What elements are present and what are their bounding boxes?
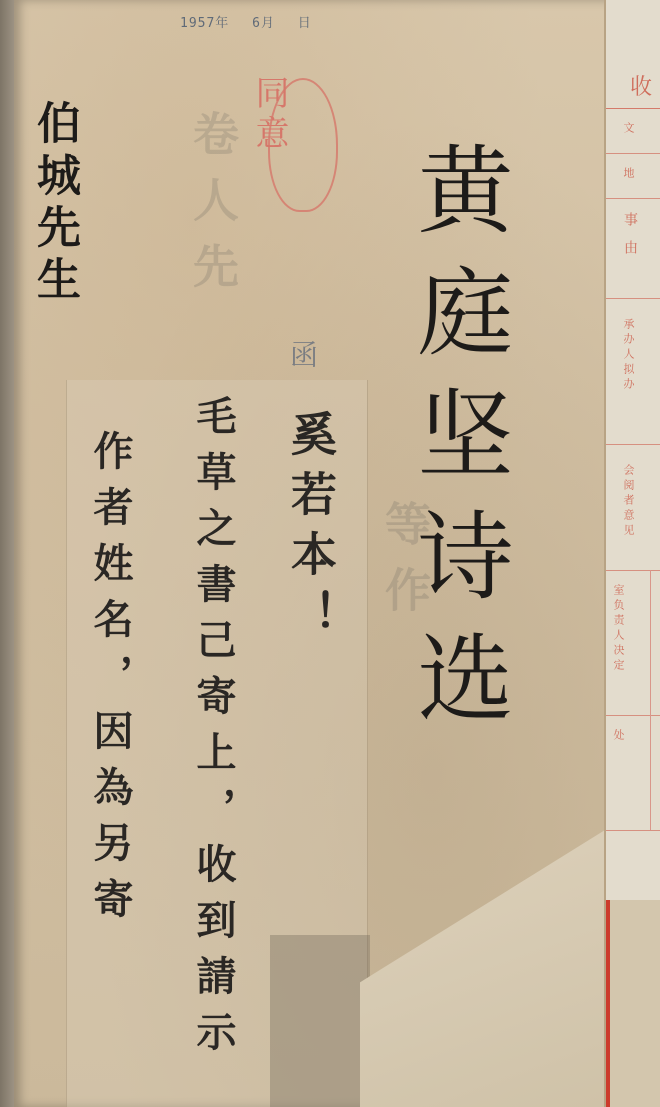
stamp-day: 日 xyxy=(298,16,312,31)
pencil-annotation: 函 xyxy=(282,340,322,368)
body-column-2: 毛草之書己寄上，收到請示 xyxy=(185,395,242,1067)
red-annotation: 同意 xyxy=(245,75,294,155)
form-row-wen: 文 xyxy=(606,108,660,154)
book-title: 黄庭坚诗选 xyxy=(390,140,527,750)
form-row-di: 地 xyxy=(606,153,660,199)
form-lower-section xyxy=(606,900,660,1107)
form-row-chengban: 承办人拟办 xyxy=(606,298,660,445)
stamp-month: 6月 xyxy=(252,16,275,31)
paper-shadow xyxy=(270,935,370,1107)
body-column-1: 奚若本！ xyxy=(278,410,344,650)
bleed-through-ink: 卷人先 xyxy=(180,110,246,308)
receipt-form: 收 文 地 事由 承办人拟办 会阅者意见 室负责人决定 处 xyxy=(604,0,660,1107)
form-divider xyxy=(650,570,651,830)
form-header-label: 收 xyxy=(630,70,652,101)
addressee: 伯城先生 xyxy=(22,100,86,308)
date-stamp: 1957年 6月 日 xyxy=(180,12,326,31)
form-row-shiyou: 事由 xyxy=(606,198,660,299)
stamp-year: 1957年 xyxy=(180,16,229,31)
form-row-fuzeren: 室负责人决定 xyxy=(606,570,660,716)
body-column-3: 作者姓名，因為另寄 xyxy=(82,430,139,934)
form-row-huiyue: 会阅者意见 xyxy=(606,444,660,571)
form-row-chu: 处 xyxy=(606,715,660,831)
form-header: 收 xyxy=(606,60,660,109)
